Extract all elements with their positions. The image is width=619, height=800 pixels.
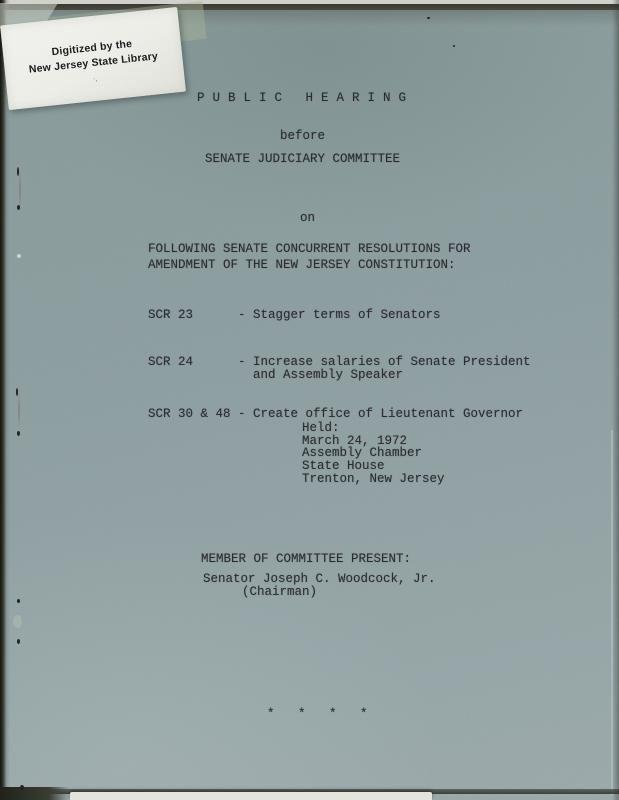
scan-speck — [20, 785, 24, 790]
scan-speck — [453, 45, 455, 47]
attendance-role: (Chairman) — [242, 586, 317, 600]
subtitle-before: before — [280, 130, 325, 144]
subject-line1: FOLLOWING SENATE CONCURRENT RESOLUTIONS … — [148, 242, 471, 256]
scan-scratch — [18, 390, 20, 430]
resolution-number: SCR 23 — [148, 309, 238, 322]
scan-left-edge — [0, 0, 10, 800]
footer-asterisks: * * * * — [267, 708, 376, 722]
resolution-dash: - — [238, 408, 253, 421]
resolution-row: SCR 24-Increase salaries of Senate Presi… — [148, 356, 531, 382]
scan-speck — [17, 599, 20, 603]
scan-blemish — [13, 615, 22, 628]
resolution-description: Increase salaries of Senate President an… — [253, 356, 531, 382]
scan-right-page-sheen — [611, 430, 613, 795]
scan-speck — [17, 431, 20, 436]
scanned-document-page: Digitized by the New Jersey State Librar… — [0, 0, 619, 800]
scan-right-edge — [612, 0, 619, 800]
scan-speck — [427, 17, 430, 19]
document-title: PUBLIC HEARING — [197, 92, 414, 106]
subject-line2: AMENDMENT OF THE NEW JERSEY CONSTITUTION… — [148, 258, 456, 272]
resolution-number: SCR 24 — [148, 356, 238, 369]
resolution-row: SCR 23-Stagger terms of Senators — [148, 309, 531, 322]
held-location-3: Trenton, New Jersey — [302, 472, 445, 486]
subtitle-on: on — [300, 212, 315, 226]
resolution-dash: - — [238, 309, 253, 322]
scan-speck — [17, 254, 21, 258]
resolution-number: SCR 30 & 48 — [148, 408, 238, 421]
resolution-description: Create office of Lieutenant Governor — [253, 408, 523, 421]
scan-speck — [17, 639, 20, 644]
scan-bottom-gap — [70, 792, 432, 800]
scan-speck — [17, 205, 20, 210]
subject-heading: FOLLOWING SENATE CONCURRENT RESOLUTIONS … — [148, 242, 471, 273]
scan-bottom-left-corner — [0, 787, 70, 800]
library-sticker: Digitized by the New Jersey State Librar… — [0, 7, 186, 110]
resolution-description: Stagger terms of Senators — [253, 309, 441, 322]
attendance-heading: MEMBER OF COMMITTEE PRESENT: — [201, 553, 411, 567]
attendance-member: Senator Joseph C. Woodcock, Jr. — [203, 573, 436, 587]
resolution-dash: - — [238, 356, 253, 369]
held-block: Held: March 24, 1972 Assembly Chamber St… — [302, 422, 445, 486]
resolution-row: SCR 30 & 48-Create office of Lieutenant … — [148, 408, 531, 421]
committee-name: SENATE JUDICIARY COMMITTEE — [205, 153, 400, 167]
